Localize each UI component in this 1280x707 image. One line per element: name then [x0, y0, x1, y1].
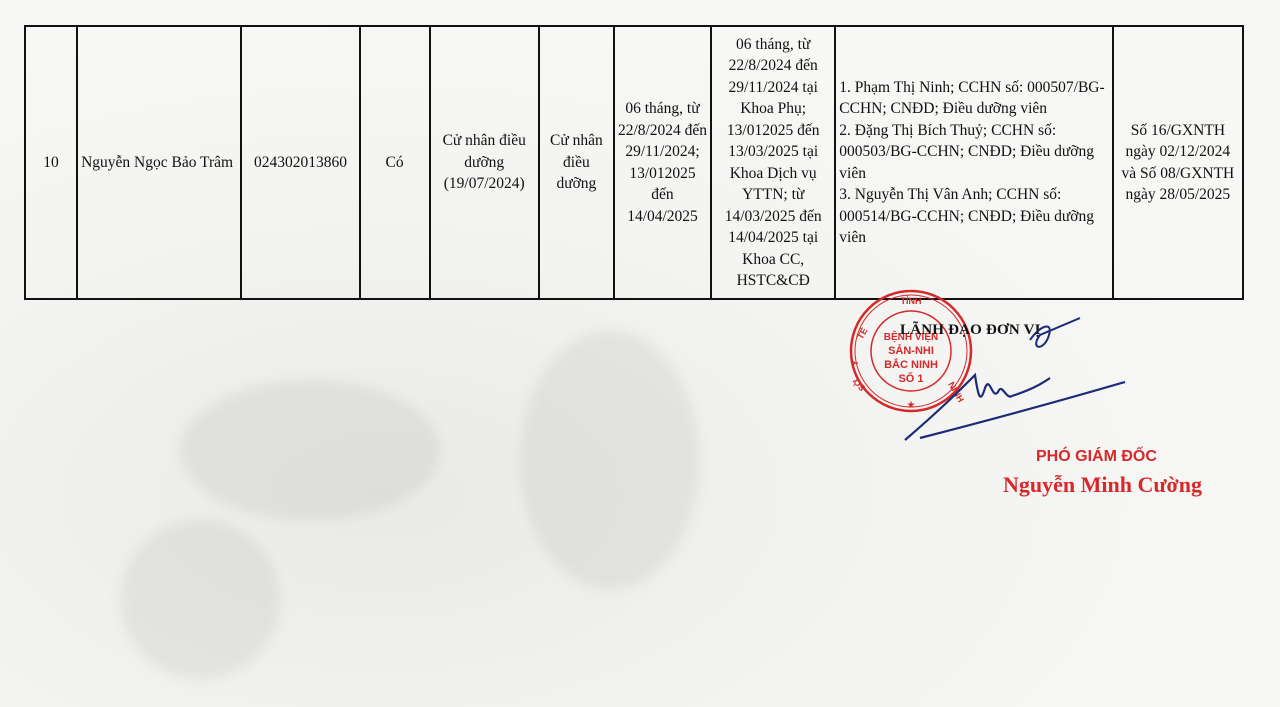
- table-row: 10 Nguyễn Ngọc Bảo Trâm 024302013860 Có …: [25, 26, 1243, 299]
- handwritten-signature: [880, 300, 1140, 450]
- cell-stt: 10: [25, 26, 77, 299]
- cell-has-cert: Có: [360, 26, 430, 299]
- instructor-item: 2. Đặng Thị Bích Thuỷ; CCHN số: 000503/B…: [839, 120, 1108, 185]
- paper-crease: [520, 330, 700, 590]
- cell-confirmation: Số 16/GXNTH ngày 02/12/2024 và Số 08/GXN…: [1113, 26, 1243, 299]
- signer-role: PHÓ GIÁM ĐỐC: [1036, 448, 1157, 466]
- trainee-table: 10 Nguyễn Ngọc Bảo Trâm 024302013860 Có …: [24, 25, 1244, 300]
- svg-text:TẾ: TẾ: [855, 326, 869, 341]
- signer-name: Nguyễn Minh Cường: [1003, 472, 1202, 498]
- cell-departments: 06 tháng, từ 22/8/2024 đến 29/11/2024 tạ…: [711, 26, 835, 299]
- cell-position: Cử nhân điều dưỡng: [539, 26, 614, 299]
- paper-crease: [120, 520, 280, 680]
- svg-text:Y: Y: [850, 360, 860, 366]
- paper-crease: [180, 380, 440, 520]
- cell-duration: 06 tháng, từ 22/8/2024 đến 29/11/2024; 1…: [614, 26, 711, 299]
- instructor-item: 1. Phạm Thị Ninh; CCHN số: 000507/BG-CCH…: [839, 77, 1108, 120]
- instructor-item: 3. Nguyễn Thị Vân Anh; CCHN số: 000514/B…: [839, 184, 1108, 249]
- cell-id-number: 024302013860: [241, 26, 359, 299]
- cell-instructors: 1. Phạm Thị Ninh; CCHN số: 000507/BG-CCH…: [835, 26, 1112, 299]
- cell-name: Nguyễn Ngọc Bảo Trâm: [77, 26, 241, 299]
- cell-degree: Cử nhân điều dưỡng (19/07/2024): [430, 26, 539, 299]
